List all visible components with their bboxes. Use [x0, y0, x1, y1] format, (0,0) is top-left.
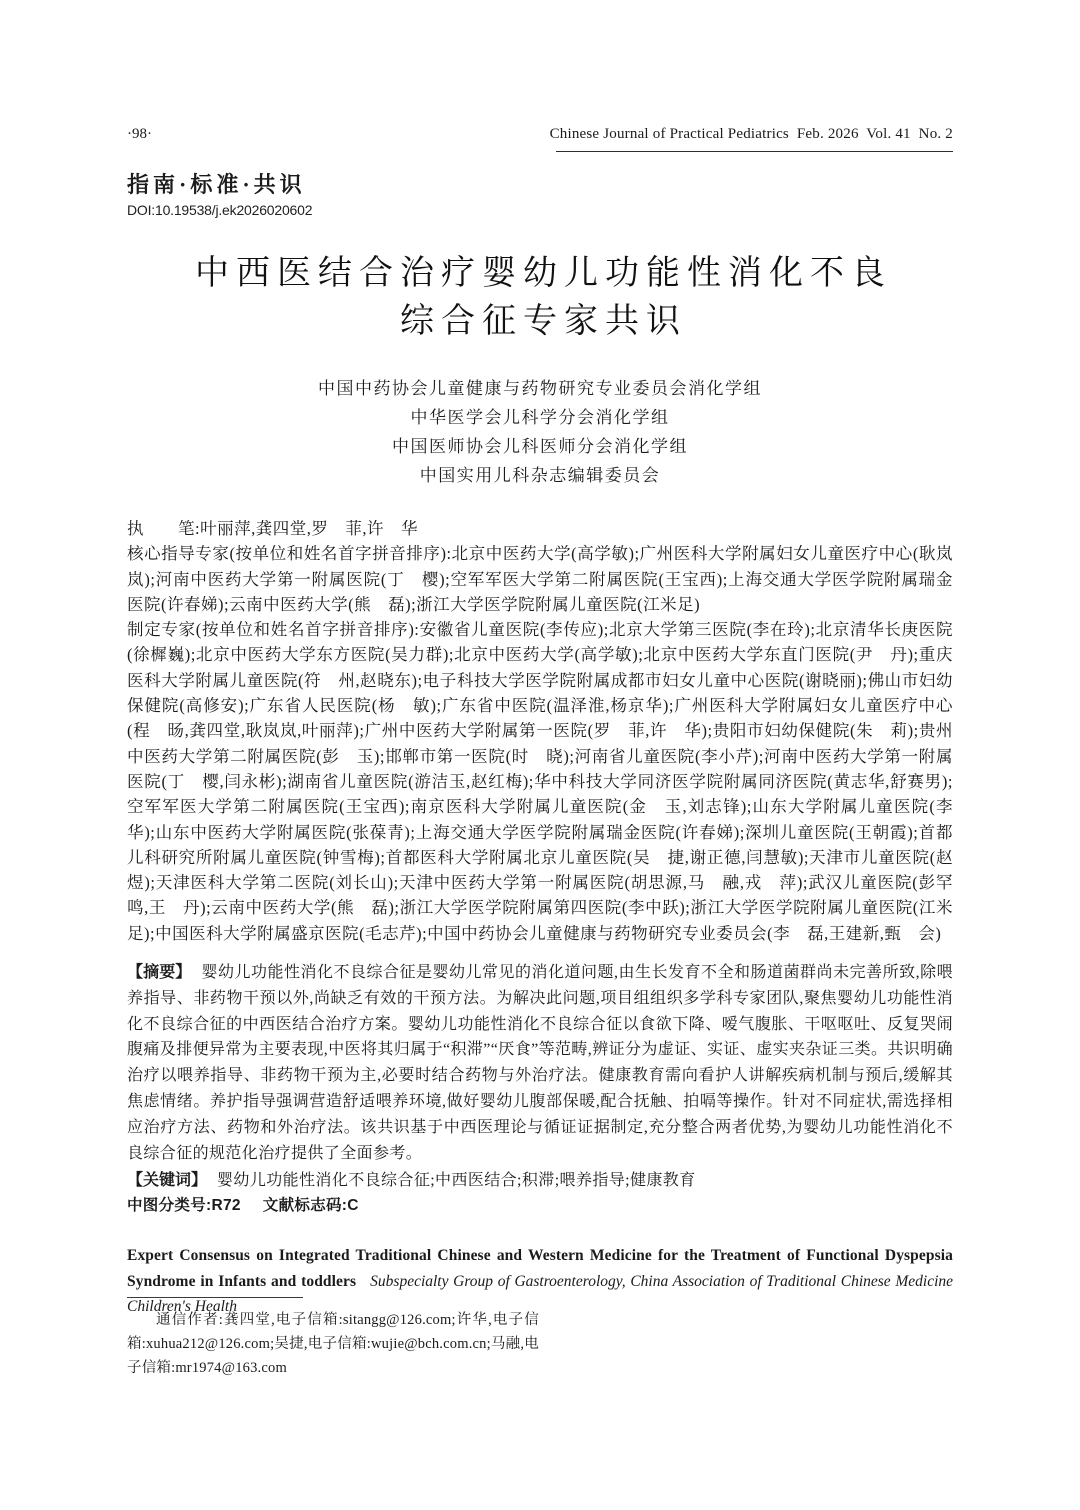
page-header: ·98· Chinese Journal of Practical Pediat… — [127, 126, 953, 143]
byline-writers: 执 笔:叶丽萍,龚四堂,罗 菲,许 华 — [127, 516, 953, 541]
classification-line: 中图分类号:R72文献标志码:C — [127, 1193, 953, 1215]
page-number: ·98· — [127, 126, 152, 143]
abstract-label: 【摘要】 — [127, 964, 191, 981]
article-title: 中西医结合治疗婴幼儿功能性消化不良 综合征专家共识 — [127, 250, 953, 346]
header-rule — [556, 151, 953, 152]
doi-line: DOI:10.19538/j.ek2026020602 — [127, 202, 312, 218]
keywords-line: 【关键词】婴幼儿功能性消化不良综合征;中西医结合;积滞;喂养指导;健康教育 — [127, 1167, 953, 1190]
article-title-line-1: 中西医结合治疗婴幼儿功能性消化不良 — [127, 250, 953, 298]
article-title-line-2: 综合征专家共识 — [127, 298, 953, 346]
footnote-rule — [127, 1297, 303, 1298]
keywords-text: 婴幼儿功能性消化不良综合征;中西医结合;积滞;喂养指导;健康教育 — [217, 1172, 696, 1189]
clc-number: 中图分类号:R72 — [127, 1197, 241, 1214]
correspondence-note: 通信作者:龚四堂,电子信箱:sitangg@126.com;许华,电子信箱:xu… — [127, 1308, 539, 1380]
contributors-block: 执 笔:叶丽萍,龚四堂,罗 菲,许 华 核心指导专家(按单位和姓名首字拼音排序)… — [127, 516, 953, 946]
journal-header-title: Chinese Journal of Practical Pediatrics … — [550, 126, 953, 143]
organization-line: 中国中药协会儿童健康与药物研究专业委员会消化学组 — [127, 374, 953, 403]
core-advisors: 核心指导专家(按单位和姓名首字拼音排序):北京中医药大学(高学敏);广州医科大学… — [127, 541, 953, 617]
author-organizations: 中国中药协会儿童健康与药物研究专业委员会消化学组 中华医学会儿科学分会消化学组 … — [127, 374, 953, 490]
journal-page: ·98· Chinese Journal of Practical Pediat… — [0, 0, 1080, 1510]
organization-line: 中国实用儿科杂志编辑委员会 — [127, 461, 953, 490]
drafting-panel: 制定专家(按单位和姓名首字拼音排序):安徽省儿童医院(李传应);北京大学第三医院… — [127, 617, 953, 946]
keywords-label: 【关键词】 — [127, 1172, 207, 1189]
organization-line: 中华医学会儿科学分会消化学组 — [127, 403, 953, 432]
document-code: 文献标志码:C — [263, 1197, 359, 1214]
organization-line: 中国医师协会儿科医师分会消化学组 — [127, 432, 953, 461]
column-section-label: 指南·标准·共识 — [127, 168, 306, 199]
abstract-block: 【摘要】婴幼儿功能性消化不良综合征是婴幼儿常见的消化道问题,由生长发育不全和肠道… — [127, 960, 953, 1166]
abstract-text: 婴幼儿功能性消化不良综合征是婴幼儿常见的消化道问题,由生长发育不全和肠道菌群尚未… — [127, 964, 953, 1162]
